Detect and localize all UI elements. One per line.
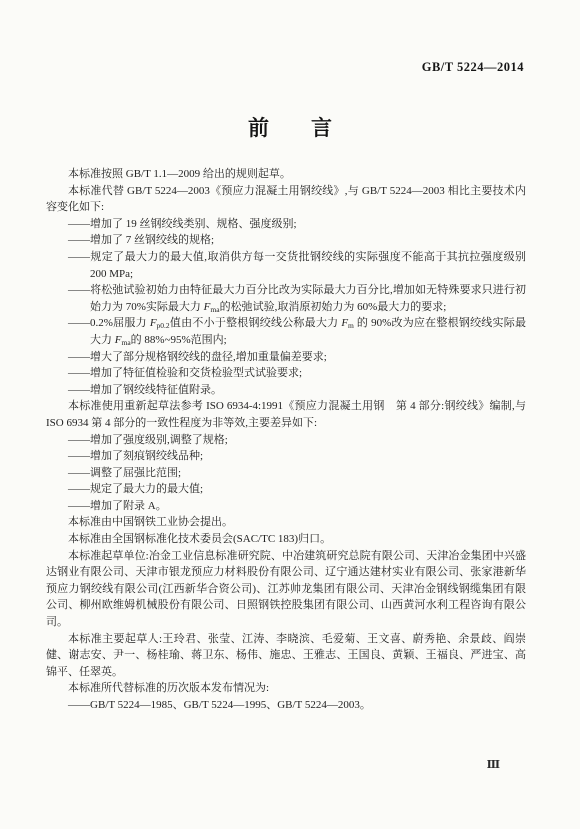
change-list-item: ——增加了 7 丝钢绞线的规格; (46, 232, 526, 249)
foreword-paragraph: 本标准使用重新起草法参考 ISO 6934-4:1991《预应力混凝土用钢 第 … (46, 398, 526, 431)
difference-list-item: ——规定了最大力的最大值; (46, 481, 526, 498)
foreword-paragraph: 本标准由全国钢标准化技术委员会(SAC/TC 183)归口。 (46, 531, 526, 548)
change-list-item: ——增加了钢绞线特征值附录。 (46, 382, 526, 399)
change-list-item: ——将松弛试验初始力由特征最大力百分比改为实际最大力百分比,增加如无特殊要求只进… (46, 282, 526, 315)
difference-list-item: ——增加了附录 A。 (46, 498, 526, 515)
standard-code-header: GB/T 5224—2014 (46, 60, 524, 75)
drafters-paragraph: 本标准主要起草人:王玲君、张莹、江涛、李晓滨、毛爱菊、王文喜、蔚秀艳、余景歧、阎… (46, 631, 526, 681)
difference-list-item: ——调整了屈强比范围; (46, 465, 526, 482)
change-list-item: ——增加了特征值检验和交货检验型式试验要求; (46, 365, 526, 382)
page-number: Ⅲ (487, 758, 500, 771)
change-list-item: ——规定了最大力的最大值,取消供方每一交货批钢绞线的实际强度不能高于其抗拉强度级… (46, 249, 526, 282)
foreword-paragraph: 本标准所代替标准的历次版本发布情况为: (46, 680, 526, 697)
drafting-organizations-paragraph: 本标准起草单位:冶金工业信息标准研究院、中冶建筑研究总院有限公司、天津冶金集团中… (46, 548, 526, 631)
foreword-paragraph: 本标准由中国钢铁工业协会提出。 (46, 514, 526, 531)
foreword-paragraph: 本标准代替 GB/T 5224—2003《预应力混凝土用钢绞线》,与 GB/T … (46, 183, 526, 216)
change-list-item: ——0.2%屈服力 Fp0.2值由不小于整根钢绞线公称最大力 Fm 的 90%改… (46, 315, 526, 348)
change-list-item: ——增大了部分规格钢绞线的盘径,增加重量偏差要求; (46, 349, 526, 366)
document-page: GB/T 5224—2014 前 言 本标准按照 GB/T 1.1—2009 给… (0, 0, 580, 829)
previous-editions-item: ——GB/T 5224—1985、GB/T 5224—1995、GB/T 522… (46, 697, 526, 714)
page-title: 前 言 (0, 112, 580, 142)
difference-list-item: ——增加了强度级别,调整了规格; (46, 432, 526, 449)
foreword-body: 本标准按照 GB/T 1.1—2009 给出的规则起草。 本标准代替 GB/T … (46, 166, 526, 714)
difference-list-item: ——增加了刻痕钢绞线品种; (46, 448, 526, 465)
foreword-paragraph: 本标准按照 GB/T 1.1—2009 给出的规则起草。 (46, 166, 526, 183)
change-list-item: ——增加了 19 丝钢绞线类别、规格、强度级别; (46, 216, 526, 233)
